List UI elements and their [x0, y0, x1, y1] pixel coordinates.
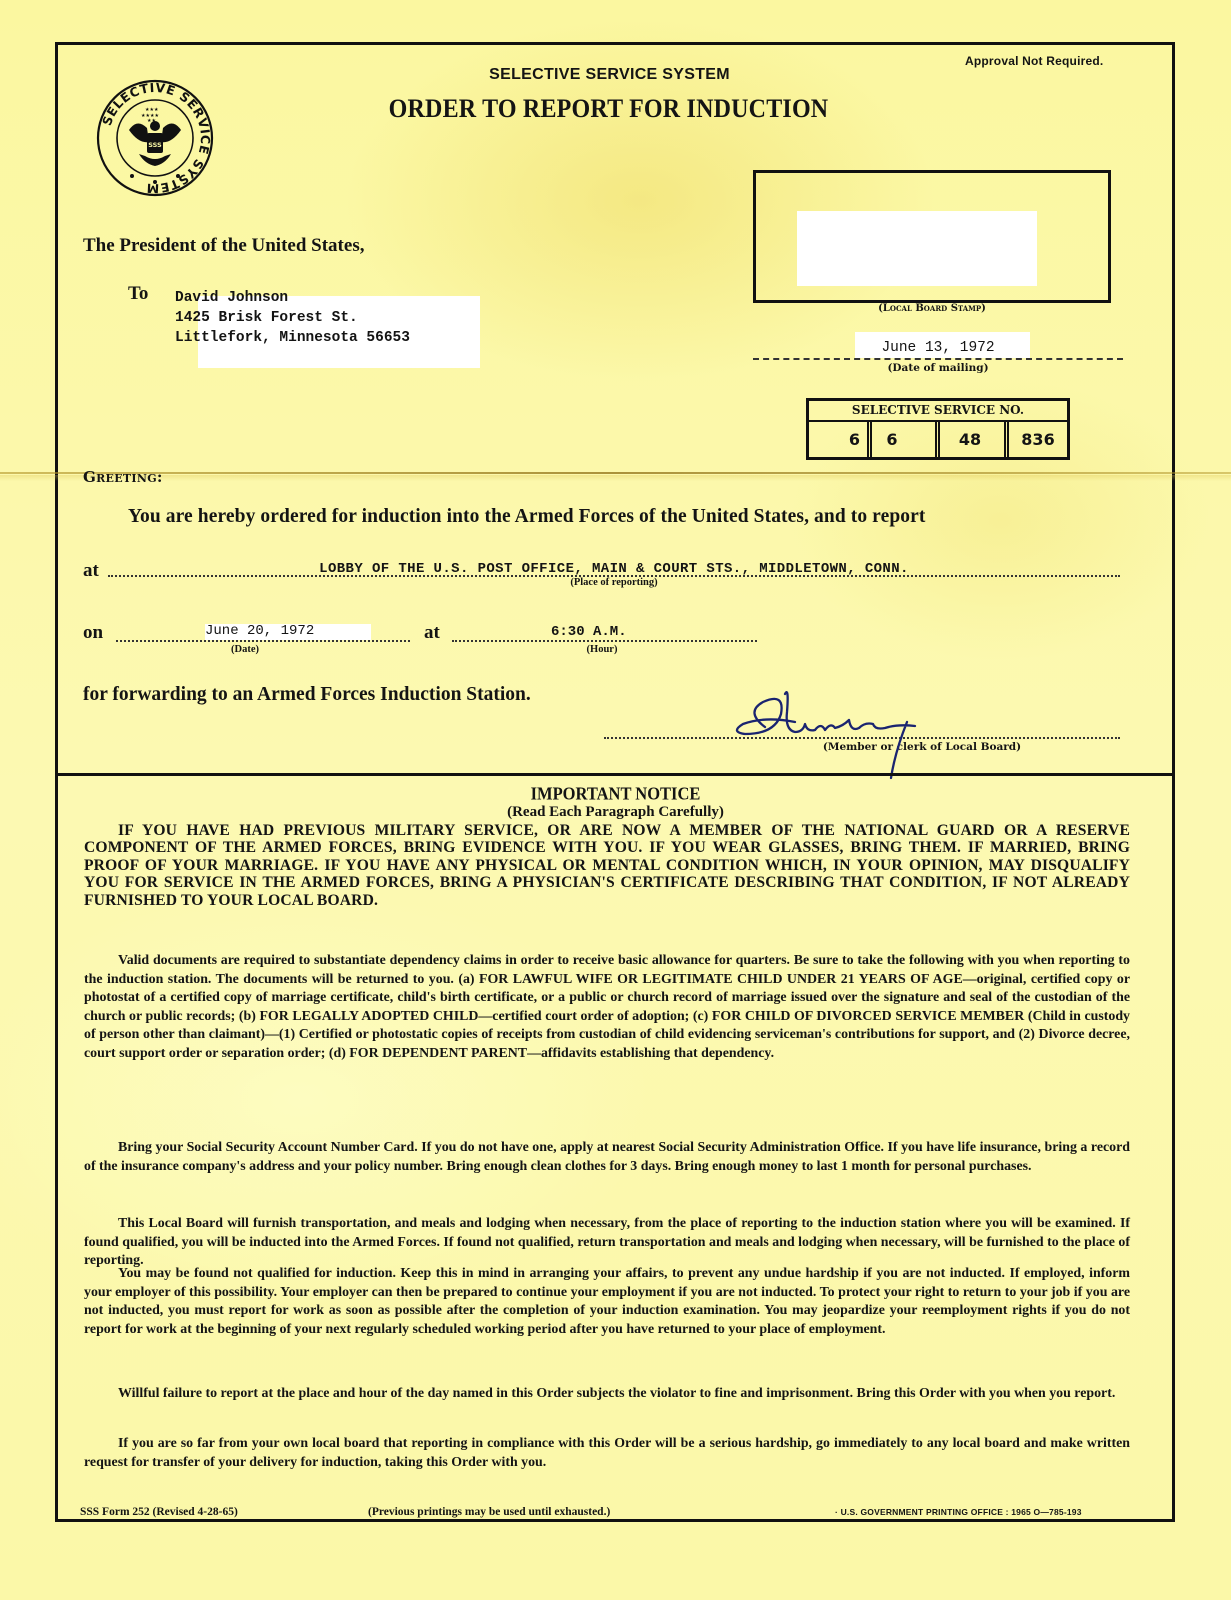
forwarding-statement: for forwarding to an Armed Forces Induct… [83, 684, 531, 706]
stamp-redaction-patch [797, 211, 1037, 286]
selective-service-number-table: SELECTIVE SERVICE NO. 6 6 48 836 [806, 398, 1070, 460]
hour-caption: (Hour) [452, 644, 752, 655]
order-statement: You are hereby ordered for induction int… [128, 506, 925, 528]
notice-paragraph: This Local Board will furnish transporta… [84, 1215, 1130, 1271]
recipient-address: David Johnson1425 Brisk Forest St.Little… [175, 288, 410, 348]
reporting-hour: 6:30 A.M. [551, 624, 627, 640]
at-label: at [83, 560, 99, 582]
reporting-place: LOBBY OF THE U.S. POST OFFICE, MAIN & CO… [108, 561, 1120, 577]
recipient-name: David Johnson [175, 288, 410, 308]
handwritten-signature [725, 682, 945, 782]
svg-text:★★: ★★ [147, 118, 156, 124]
form-title-text: ORDER TO REPORT FOR INDUCTION [389, 94, 829, 124]
printer-imprint: · U.S. GOVERNMENT PRINTING OFFICE : 1965… [835, 1507, 1082, 1517]
ssn-part: 836 [1009, 422, 1067, 457]
ssn-part: 6 [809, 422, 867, 457]
notice-paragraph: Valid documents are required to substant… [84, 952, 1130, 1064]
paper-fold-shadow [0, 475, 1231, 481]
notice-paragraph: Willful failure to report at the place a… [84, 1385, 1130, 1404]
to-label: To [128, 283, 148, 305]
notice-paragraph: You may be found not qualified for induc… [84, 1265, 1130, 1339]
notice-paragraph: If you are so far from your own local bo… [84, 1435, 1130, 1472]
notice-title: IMPORTANT NOTICE [0, 783, 1231, 805]
place-caption: (Place of reporting) [108, 577, 1120, 588]
ssn-part: 48 [940, 422, 1000, 457]
on-label: on [83, 622, 103, 644]
recipient-city: Littlefork, Minnesota 56653 [175, 328, 410, 348]
svg-text:SSS: SSS [148, 141, 162, 149]
greeting: Greeting: [83, 468, 163, 486]
hour-at-label: at [424, 622, 440, 644]
stamp-caption: (Local Board Stamp) [753, 303, 1111, 314]
printing-note: (Previous printings may be used until ex… [368, 1506, 610, 1518]
date-line [116, 640, 410, 642]
notice-paragraph: Bring your Social Security Account Numbe… [84, 1139, 1130, 1176]
ssn-part: 6 [872, 422, 912, 457]
mailing-date: June 13, 1972 [753, 340, 1123, 356]
ssn-label: SELECTIVE SERVICE NO. [809, 401, 1067, 422]
from-line: The President of the United States, [83, 235, 364, 257]
hour-line [452, 640, 757, 642]
mailing-date-line [753, 358, 1123, 360]
mailing-date-caption: (Date of mailing) [753, 362, 1123, 374]
agency-name-text: SELECTIVE SERVICE SYSTEM [489, 66, 730, 84]
selective-service-seal-icon: SELECTIVE SERVICE SYSTEM ★★★ ★★★★ ★★ SSS [95, 78, 215, 198]
notice-subtitle: (Read Each Paragraph Carefully) [0, 804, 1231, 821]
notice-caps-paragraph: IF YOU HAVE HAD PREVIOUS MILITARY SERVIC… [84, 822, 1130, 909]
paper-fold-line [0, 472, 1231, 474]
form-number: SSS Form 252 (Revised 4-28-65) [80, 1506, 238, 1518]
recipient-street: 1425 Brisk Forest St. [175, 308, 410, 328]
reporting-date: June 20, 1972 [205, 623, 314, 639]
date-caption: (Date) [116, 644, 410, 655]
section-divider [57, 773, 1173, 776]
